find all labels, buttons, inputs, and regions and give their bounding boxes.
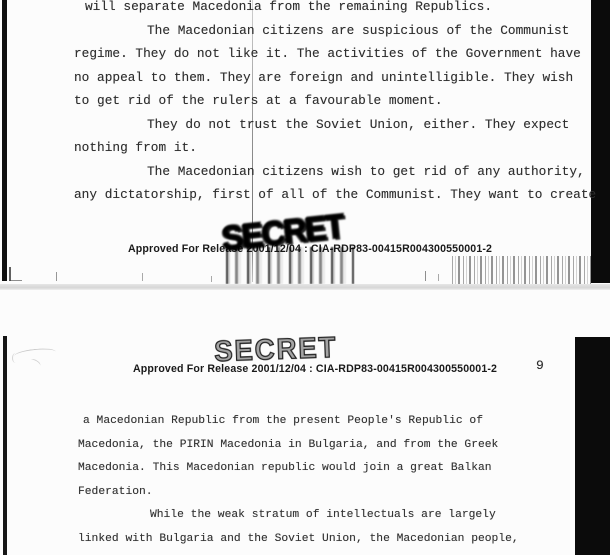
typewriter-line: regime. They do not like it. The activit… — [74, 42, 596, 66]
scan-artifact — [56, 272, 57, 281]
pencil-mark — [29, 358, 42, 369]
typewriter-line: Federation. — [78, 481, 596, 505]
typewriter-line: nothing from it. — [74, 136, 596, 160]
scan-artifact — [211, 276, 212, 282]
typewriter-line: to get rid of the rulers at a favourable… — [74, 89, 596, 113]
scan-artifact — [425, 271, 426, 281]
typewriter-text-block: will separate Macedonia from the remaini… — [0, 0, 596, 207]
typewriter-line: The Macedonian citizens are suspicious o… — [147, 19, 596, 43]
typewriter-line: The Macedonian citizens wish to get rid … — [147, 160, 596, 184]
page-1: will separate Macedonia from the remaini… — [0, 0, 610, 291]
ink-smear-streaks — [226, 247, 354, 284]
typewriter-line: any dictatorship, first of all of the Co… — [74, 183, 596, 207]
scan-artifact — [9, 267, 11, 281]
typewriter-line: They do not trust the Soviet Union, eith… — [147, 113, 596, 137]
scan-noise-band — [452, 256, 591, 284]
typewriter-line: linked with Bulgaria and the Soviet Unio… — [78, 528, 596, 552]
scan-artifact — [142, 273, 143, 281]
typewriter-line: Macedonia, the PIRIN Macedonia in Bulgar… — [78, 434, 596, 458]
scan-artifact — [9, 280, 22, 281]
scan-artifact — [438, 274, 439, 281]
typewriter-line: While the weak stratum of intellectuals … — [150, 504, 596, 528]
page-bottom-edge — [0, 284, 610, 290]
typewriter-line: a Macedonian Republic from the present P… — [83, 410, 596, 434]
page-number: 9 — [536, 358, 544, 373]
typewriter-line: Macedonia. This Macedonian republic woul… — [78, 457, 596, 481]
typewriter-text-block: a Macedonian Republic from the present P… — [0, 410, 596, 552]
typewriter-line: no appeal to them. They are foreign and … — [74, 66, 596, 90]
typewriter-line: will separate Macedonia from the remaini… — [85, 0, 596, 19]
approved-for-release-line: Approved For Release 2001/12/04 : CIA-RD… — [133, 363, 497, 375]
page-2: SECRET Approved For Release 2001/12/04 :… — [0, 333, 610, 555]
pencil-mark — [12, 353, 19, 363]
